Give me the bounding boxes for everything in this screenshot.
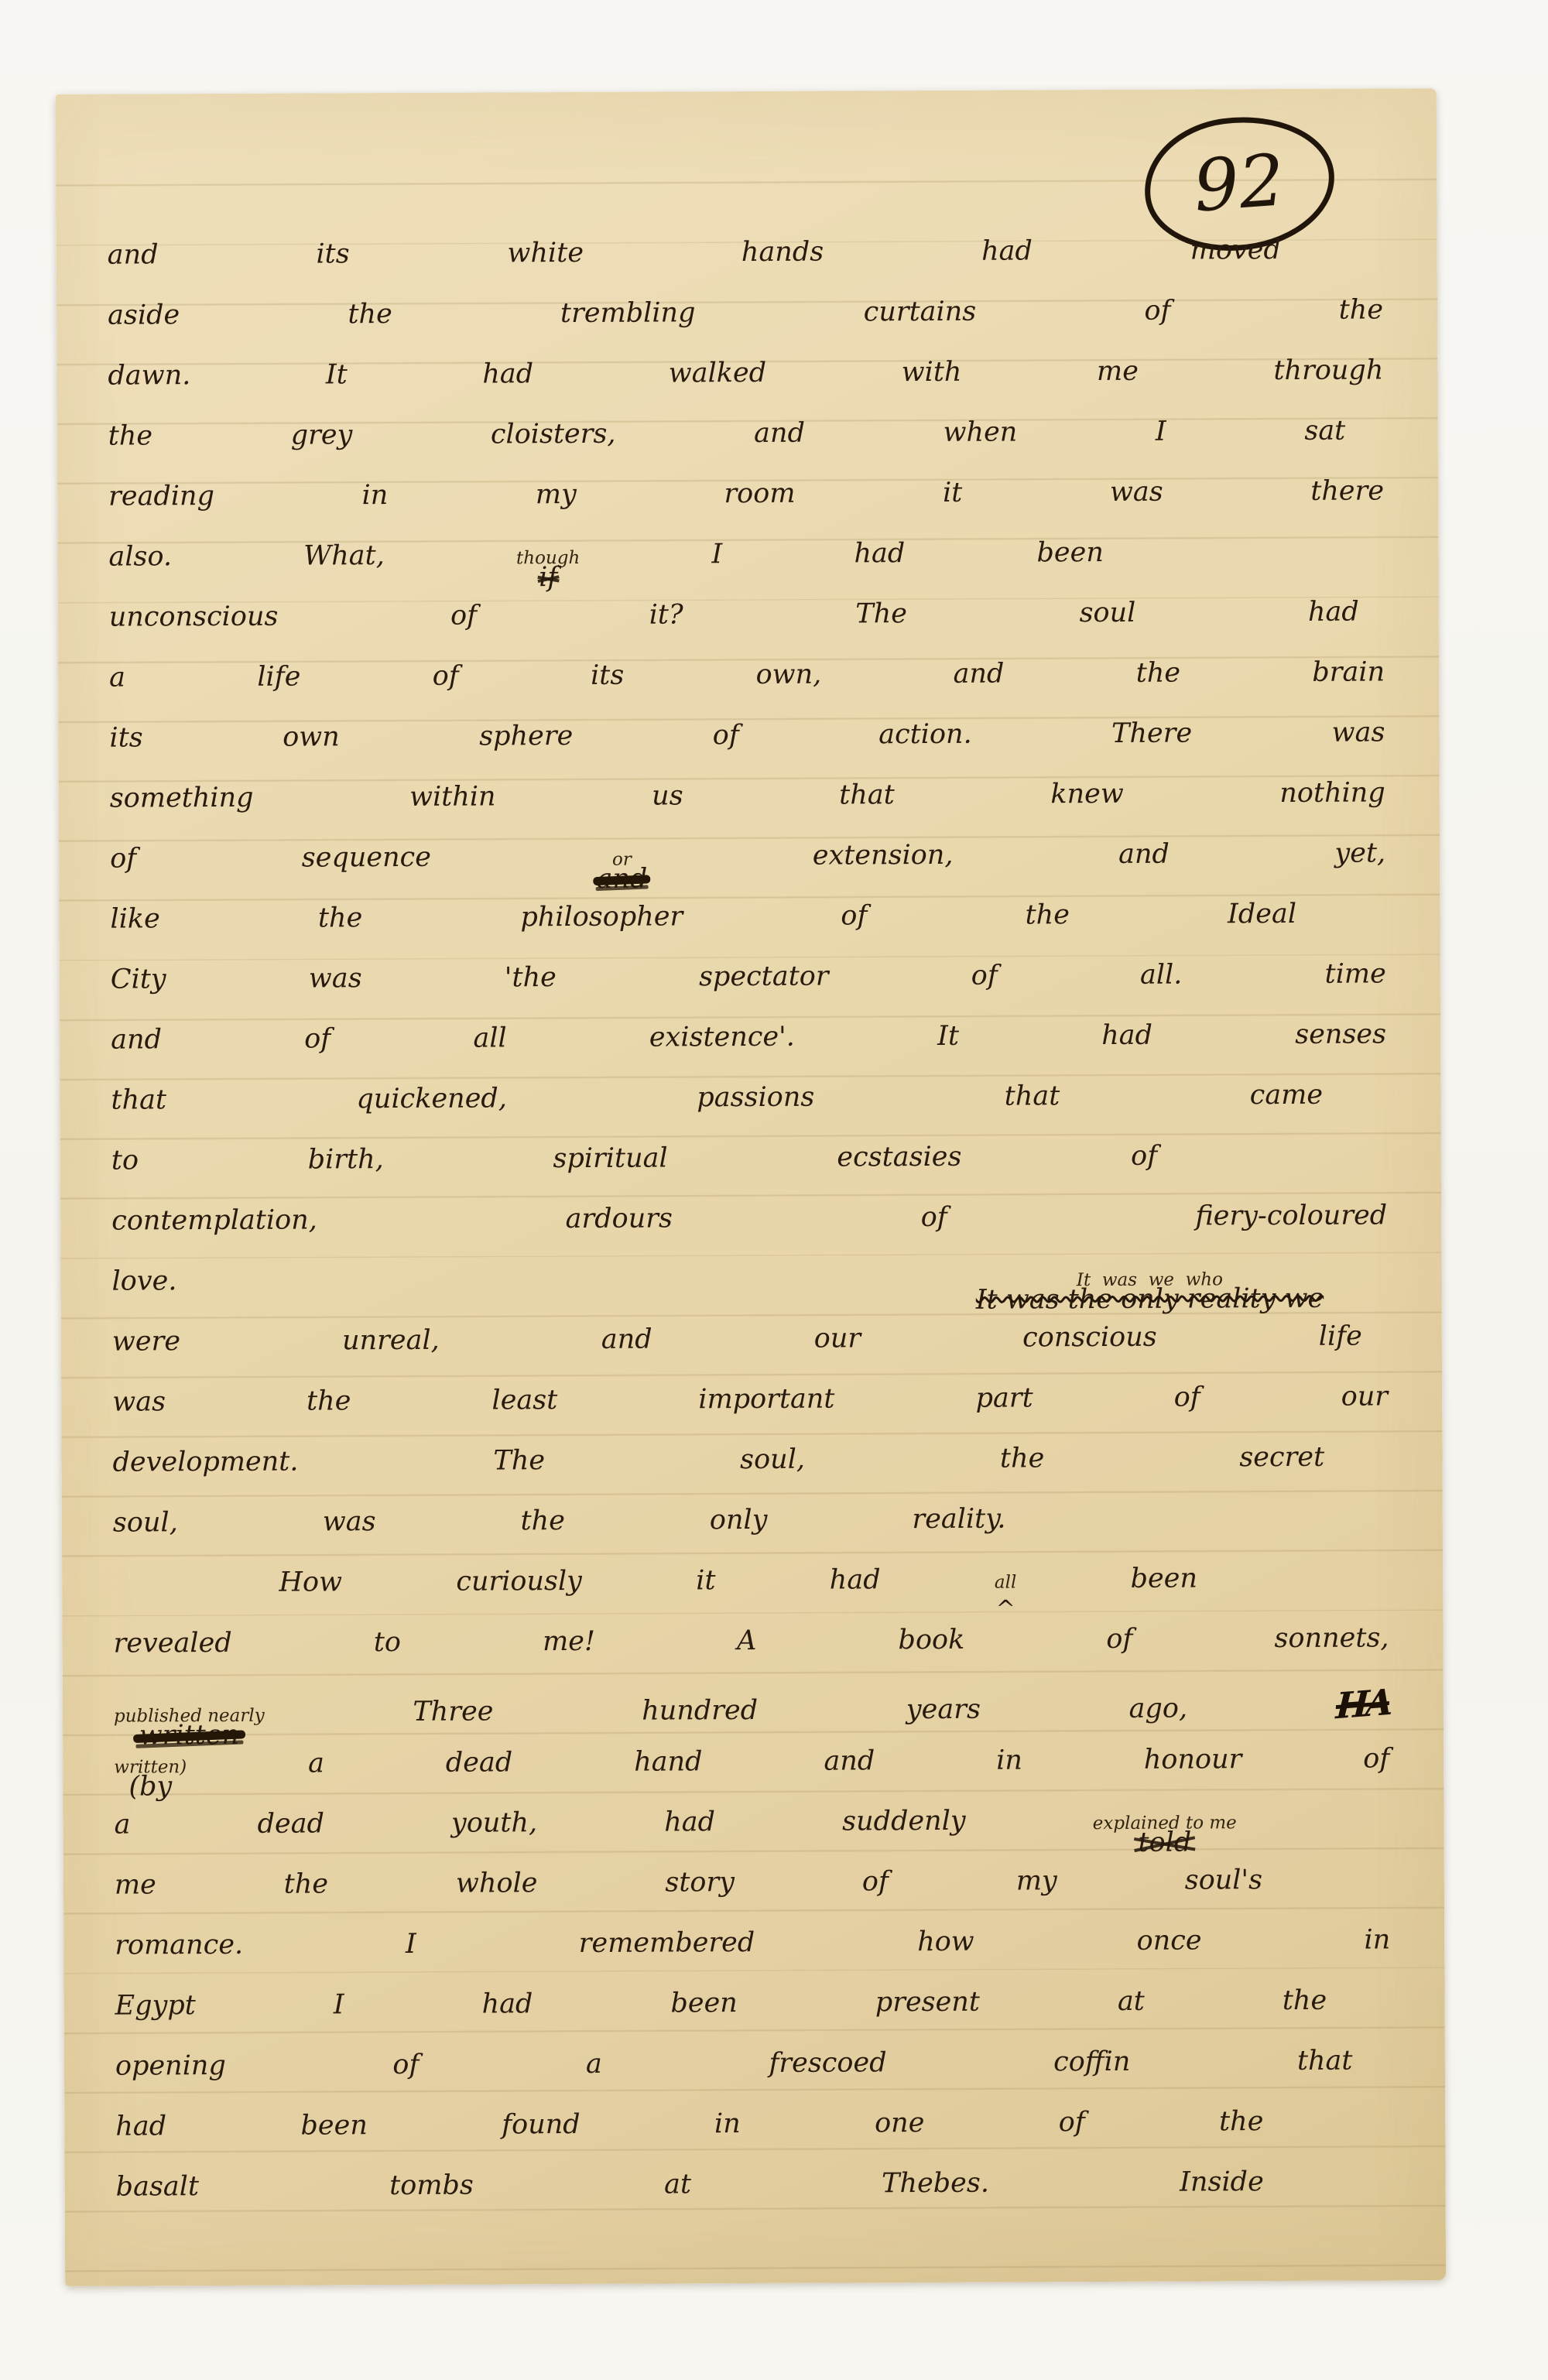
text-run: the [1025, 899, 1070, 930]
text-run: soul, [113, 1507, 178, 1538]
text-run: in [361, 480, 388, 511]
text-run: came [1250, 1080, 1324, 1111]
text-run: the [1000, 1443, 1045, 1474]
text-run: that [111, 1084, 166, 1115]
text-run: Ideal [1228, 899, 1296, 930]
manuscript-line: Citywas'thespectatorofall.time [111, 958, 1386, 1024]
text-run: the [108, 420, 153, 451]
text-run: fiery-coloured [1195, 1200, 1387, 1231]
ink-scribble: HA [1335, 1681, 1391, 1727]
text-run: cloisters, [491, 419, 616, 450]
text-run: been [1130, 1563, 1197, 1594]
text-run: had [482, 1988, 533, 2019]
edit-stack: thoughif [516, 550, 580, 591]
text-run: dead [257, 1808, 324, 1839]
text-run: hundred [642, 1695, 758, 1727]
text-run: had [1308, 597, 1359, 628]
text-run: its [109, 722, 142, 753]
text-run: a [109, 663, 125, 693]
text-run: soul, [740, 1444, 805, 1475]
text-run: had [115, 2111, 166, 2142]
manuscript-line: thegreycloisters,andwhenIsat [108, 416, 1346, 481]
text-run: curiously [456, 1566, 582, 1598]
edit-stack: orand [596, 851, 647, 893]
text-run: of [1106, 1624, 1132, 1655]
text-run: revealed [113, 1628, 231, 1659]
text-run: to [111, 1145, 139, 1176]
text-run: youth, [451, 1807, 537, 1838]
text-run: of [1059, 2107, 1085, 2138]
manuscript-line: methewholestoryofmysoul's [115, 1865, 1263, 1930]
text-run: suddenly [842, 1806, 966, 1837]
manuscript-line: readinginmyroomitwasthere [108, 475, 1384, 541]
text-run: reality. [912, 1504, 1005, 1536]
text-run: been [670, 1988, 738, 2019]
text-run: important [698, 1384, 834, 1416]
text-run: of [1144, 296, 1170, 327]
text-run: curtains [864, 296, 977, 328]
text-run: unreal, [342, 1325, 440, 1357]
text-run: it [943, 478, 962, 509]
text-run: in [714, 2108, 741, 2139]
deleted-text: told [1138, 1830, 1191, 1857]
text-run: my [1016, 1865, 1057, 1896]
text-run: it [696, 1565, 715, 1596]
text-run: of [1131, 1141, 1157, 1172]
text-run: sphere [479, 721, 573, 752]
text-run: love. [111, 1265, 176, 1296]
text-run: a [114, 1810, 130, 1841]
text-run: room [724, 478, 795, 509]
text-run: that [839, 779, 895, 810]
manuscript-line: EgyptIhadbeenpresentatthe [115, 1985, 1327, 2051]
manuscript-line: basalttombsatThebes.Inside [116, 2166, 1265, 2231]
inserted-text: all [995, 1574, 1017, 1592]
manuscript-line: written)(byadeadhandandinhonourof [114, 1743, 1389, 1809]
text-run: our [814, 1323, 861, 1354]
text-run: extension, [813, 840, 954, 872]
text-run: had [981, 235, 1033, 266]
manuscript-line: andofallexistence'.Ithadsenses [111, 1019, 1386, 1084]
text-run: been [300, 2110, 368, 2141]
manuscript-line: likethephilosopheroftheIdeal [110, 899, 1296, 964]
manuscript-line: also.What,thoughifIhadbeen [108, 537, 1104, 602]
manuscript-line: somethingwithinusthatknewnothing [110, 777, 1385, 843]
manuscript-line: ofsequenceorandextension,andyet, [110, 837, 1385, 903]
manuscript-line: love.It was we whoIt was the only realit… [111, 1261, 1324, 1327]
text-run: present [875, 1987, 980, 2019]
text-run: What, [303, 540, 385, 571]
text-run: soul [1079, 598, 1135, 628]
deleted-text: and [597, 866, 648, 893]
text-run: the [1136, 658, 1181, 689]
manuscript-line: anditswhitehandshadmoved [108, 235, 1281, 300]
text-run: its [316, 238, 349, 269]
text-run: the [318, 902, 363, 933]
text-run: sequence [302, 842, 431, 874]
text-run: remembered [579, 1927, 755, 1959]
text-run: my [536, 479, 577, 510]
edit-stack: all^ [995, 1574, 1017, 1612]
text-run: of [392, 2050, 419, 2080]
text-run: had [664, 1806, 715, 1837]
text-run: development. [112, 1447, 298, 1478]
text-run: honour [1144, 1744, 1242, 1776]
text-run: birth, [308, 1144, 384, 1175]
text-run: of [862, 1866, 889, 1897]
text-run: 'the [505, 962, 557, 993]
text-run: years [906, 1694, 981, 1725]
text-run: me! [543, 1626, 595, 1657]
text-run: at [664, 2169, 691, 2200]
text-run: Thebes. [882, 2168, 989, 2200]
page-number: 92 [1192, 145, 1288, 222]
text-run: The [855, 598, 907, 629]
text-run: to [374, 1627, 401, 1658]
manuscript-line: published nearlywrittenThreehundredyears… [114, 1683, 1389, 1748]
text-run: aside [108, 300, 180, 330]
text-run: the [520, 1505, 565, 1536]
text-run: how [917, 1926, 974, 1957]
text-run: conscious [1022, 1322, 1157, 1354]
text-run: with [902, 357, 962, 388]
text-run: dead [446, 1747, 513, 1778]
text-run: tombs [389, 2170, 474, 2201]
text-run: ecstasies [837, 1142, 961, 1173]
text-run: was [309, 963, 362, 994]
text-run: grey [291, 419, 353, 450]
manuscript-line: soul,wastheonlyreality. [113, 1504, 1006, 1568]
text-run: me [1097, 356, 1139, 387]
text-run: soul's [1185, 1865, 1263, 1895]
text-run: had [1101, 1020, 1152, 1051]
text-run: it? [649, 599, 683, 630]
text-run: sat [1304, 416, 1345, 447]
text-run: been [1036, 537, 1104, 568]
text-run: existence'. [649, 1022, 795, 1053]
text-run: sonnets, [1274, 1622, 1389, 1654]
edit-stack: written)(by [114, 1758, 187, 1800]
text-run: yet, [1334, 837, 1385, 868]
text-run: moved [1190, 235, 1281, 266]
text-run: of [433, 661, 459, 692]
text-run: once [1137, 1925, 1202, 1956]
text-run: romance. [115, 1930, 243, 1961]
text-run: secret [1239, 1442, 1324, 1473]
caret-mark: ^ [996, 1598, 1015, 1621]
text-run: the [284, 1868, 329, 1899]
text-run: brain [1312, 656, 1385, 687]
text-run: (by [128, 1773, 172, 1800]
text-run: when [943, 416, 1017, 447]
text-run: in [996, 1745, 1022, 1776]
text-run: spiritual [553, 1142, 667, 1174]
text-run: of [450, 601, 477, 632]
text-run: the [1219, 2106, 1264, 2137]
text-run: hands [741, 237, 824, 268]
text-run: It [937, 1021, 959, 1052]
text-run: white [507, 238, 584, 269]
text-run: A [737, 1625, 756, 1656]
text-run: the [307, 1385, 351, 1416]
text-run: contemplation, [111, 1204, 317, 1236]
text-run: own, [755, 659, 821, 690]
text-run: Inside [1180, 2166, 1264, 2197]
text-run: our [1341, 1381, 1389, 1412]
text-run: whole [456, 1868, 538, 1899]
text-run: dawn. [108, 360, 190, 391]
text-run: action. [878, 719, 972, 751]
manuscript-line: romance.Irememberedhowoncein [115, 1924, 1390, 1990]
text-run: The [493, 1445, 545, 1476]
text-run: ago, [1128, 1693, 1187, 1724]
text-run: ardours [565, 1203, 672, 1235]
manuscript-line: tobirth,spiritualecstasiesof [111, 1141, 1158, 1206]
text-run: was [1332, 717, 1385, 748]
text-run: I [711, 539, 722, 570]
text-run: all. [1140, 960, 1183, 991]
text-run: was [1110, 477, 1163, 508]
text-run: spectator [699, 961, 829, 993]
text-run: life [257, 662, 300, 693]
manuscript-line: revealedtome!Abookofsonnets, [113, 1622, 1389, 1688]
text-run: story [665, 1867, 735, 1898]
text-run: and [754, 418, 805, 449]
manuscript-line: itsownsphereofaction.Therewas [109, 717, 1385, 782]
text-run: of [1363, 1743, 1389, 1774]
text-run: life [1319, 1321, 1362, 1352]
manuscript-line: wereunreal,andourconsciouslife [112, 1321, 1362, 1387]
text-run: part [975, 1382, 1033, 1413]
scan-background: 92 anditswhitehandshadmovedasidethetremb… [0, 0, 1548, 2380]
text-run: and [953, 659, 1004, 690]
text-run: and [111, 1024, 162, 1055]
text-run: least [491, 1385, 557, 1416]
text-run: I [406, 1929, 416, 1960]
manuscript-page: 92 anditswhitehandshadmovedasidethetremb… [56, 88, 1446, 2286]
text-run: quickened, [356, 1083, 507, 1115]
text-run: the [1283, 1985, 1327, 2016]
text-run: frescoed [769, 2047, 886, 2079]
text-run: opening [115, 2050, 226, 2082]
text-run: through [1273, 354, 1383, 386]
text-run: Egypt [115, 1990, 196, 2021]
text-run: something [110, 782, 254, 814]
text-run: of [841, 900, 867, 931]
text-run: only [710, 1505, 768, 1536]
manuscript-line: wastheleastimportantpartofour [112, 1381, 1388, 1447]
text-run: had [854, 538, 905, 569]
edit-stack: It was we whoIt was the only reality we [976, 1271, 1324, 1314]
text-run: senses [1295, 1019, 1386, 1050]
text-run: It [326, 359, 348, 390]
text-run: basalt [116, 2171, 200, 2202]
text-run: walked [669, 358, 767, 389]
text-run: of [1174, 1382, 1200, 1413]
text-run: there [1310, 475, 1384, 506]
text-run: hand [634, 1746, 703, 1777]
text-run: of [304, 1023, 330, 1054]
manuscript-line: unconsciousofit?Thesoulhad [109, 597, 1359, 663]
text-run: coffin [1053, 2046, 1130, 2077]
text-run: Three [413, 1696, 493, 1727]
handwritten-text: anditswhitehandshadmovedasidethetremblin… [108, 234, 1392, 2231]
manuscript-line: openingofafrescoedcoffinthat [115, 2046, 1353, 2111]
text-run: book [898, 1625, 964, 1656]
text-run: at [1118, 1986, 1145, 2017]
text-run: I [1156, 416, 1166, 447]
text-run: its [591, 660, 624, 691]
text-run: that [1005, 1080, 1060, 1111]
text-run: philosopher [520, 901, 683, 933]
text-run: of [713, 720, 739, 751]
text-run: nothing [1279, 777, 1385, 809]
text-run: trembling [560, 297, 696, 329]
text-run: us [652, 780, 683, 811]
text-run: I [334, 1989, 344, 2020]
manuscript-line: dawn.Ithadwalkedwithmethrough [108, 354, 1383, 420]
manuscript-line: thatquickened,passionsthatcame [111, 1080, 1323, 1145]
deleted-text: if [539, 564, 557, 591]
text-run: of [110, 843, 136, 874]
manuscript-line: alifeofitsown,andthebrain [109, 656, 1385, 722]
text-run: knew [1050, 779, 1124, 810]
text-run: and [1118, 839, 1170, 870]
edit-stack: explained to metold [1093, 1814, 1237, 1857]
text-run: and [824, 1745, 875, 1776]
text-run: was [112, 1386, 166, 1417]
text-run: was [323, 1506, 376, 1537]
text-run: like [110, 903, 159, 934]
text-run: me [115, 1869, 156, 1900]
text-run: City [111, 964, 166, 995]
text-run: the [348, 299, 392, 330]
text-run: had [830, 1564, 881, 1595]
text-run: reading [108, 481, 214, 512]
text-run: were [112, 1326, 180, 1357]
text-run: one [875, 2108, 925, 2139]
manuscript-line: adeadyouth,hadsuddenlyexplained to metol… [114, 1804, 1237, 1869]
manuscript-line: development.Thesoul,thesecret [112, 1442, 1324, 1508]
text-run: and [108, 239, 159, 270]
text-run: within [409, 781, 496, 812]
text-run: had [482, 358, 533, 389]
text-run: that [1297, 2046, 1353, 2077]
text-run: a [586, 2049, 602, 2080]
text-run: a [308, 1748, 324, 1779]
text-run: also. [108, 541, 172, 572]
manuscript-line: Howcuriouslyithadall^been [279, 1563, 1197, 1627]
deleted-text: written [139, 1722, 239, 1750]
text-run: unconscious [109, 601, 279, 633]
text-run: of [921, 1202, 947, 1233]
text-run: found [502, 2109, 580, 2140]
text-run: passions [697, 1082, 814, 1114]
text-run: the [1339, 294, 1384, 325]
text-run: and [601, 1324, 652, 1355]
text-run: own [283, 721, 340, 752]
edit-stack: published nearlywritten [114, 1707, 265, 1750]
text-run: of [971, 961, 998, 991]
text-run: in [1364, 1924, 1390, 1955]
text-run: How [279, 1567, 342, 1598]
deleted-text: It was the only reality we [976, 1286, 1324, 1314]
manuscript-line: contemplation,ardoursoffiery-coloured [111, 1200, 1387, 1265]
text-run: There [1111, 718, 1192, 749]
manuscript-line: asidethetremblingcurtainsofthe [108, 294, 1383, 360]
text-run: all [473, 1022, 506, 1053]
manuscript-line: hadbeenfoundinoneofthe [115, 2106, 1264, 2171]
text-run: time [1325, 958, 1386, 989]
